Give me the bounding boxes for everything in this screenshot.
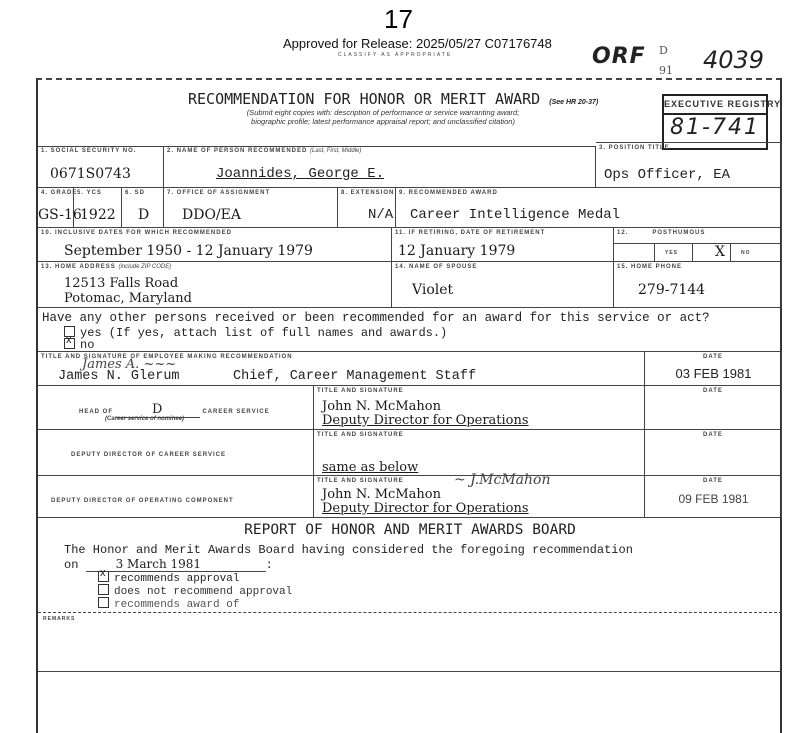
form-subtitle-2: biographic profile; latest performance a…	[158, 117, 608, 126]
office-value: DDO/EA	[182, 207, 241, 223]
form-title-area: RECOMMENDATION FOR HONOR OR MERIT AWARD …	[38, 80, 662, 146]
form-subtitle-1: (Submit eight copies with: description o…	[158, 108, 608, 117]
form-title: RECOMMENDATION FOR HONOR OR MERIT AWARD …	[188, 90, 598, 108]
award-form: RECOMMENDATION FOR HONOR OR MERIT AWARD …	[36, 78, 782, 733]
deputy-operating-title: Deputy Director for Operations	[322, 501, 529, 516]
recommender-date-label: DATE	[645, 352, 781, 362]
no-checkbox[interactable]	[64, 338, 75, 349]
posthumous-no-label: NO	[738, 248, 754, 258]
other-persons-section: Have any other persons received or been …	[38, 308, 782, 352]
deputy-career-sig-value: same as below	[322, 460, 418, 475]
award-value: Career Intelligence Medal	[410, 207, 620, 223]
field-sd[interactable]: 6. SD D	[122, 188, 164, 228]
handwritten-office-mark: ORF	[592, 44, 646, 69]
spouse-value: Violet	[412, 282, 453, 298]
name-value: Joannides, George E.	[216, 166, 384, 182]
position-value: Ops Officer, EA	[604, 167, 730, 183]
retirement-value: 12 January 1979	[398, 243, 515, 259]
field-address[interactable]: 13. HOME ADDRESS (include ZIP CODE) 1251…	[38, 262, 392, 308]
board-on-line: on 3 March 1981:	[64, 557, 273, 572]
field-ssn[interactable]: 1. SOCIAL SECURITY NO. 0671S0743	[38, 146, 164, 188]
board-on-date: 3 March 1981	[86, 557, 266, 572]
ycs-value: 1922	[80, 207, 116, 223]
ycs-label: 5. YCS	[74, 188, 121, 198]
board-text: The Honor and Merit Awards Board having …	[64, 543, 633, 557]
deputy-career-sig-label: TITLE AND SIGNATURE	[314, 430, 644, 440]
page-number: 17	[0, 4, 797, 35]
registry-line-2: 91	[659, 64, 673, 77]
deputy-operating-name: John N. McMahon	[322, 487, 441, 502]
field-retirement[interactable]: 11. IF RETIRING, DATE OF RETIREMENT 12 J…	[392, 228, 614, 262]
deputy-career-service-label-cell: DEPUTY DIRECTOR OF CAREER SERVICE	[38, 430, 314, 476]
sd-label: 6. SD	[122, 188, 163, 198]
deputy-career-service-label: DEPUTY DIRECTOR OF CAREER SERVICE	[68, 450, 229, 460]
deputy-career-date-label: DATE	[645, 430, 781, 440]
phone-value: 279-7144	[638, 282, 705, 298]
head-sig-title: Deputy Director for Operations	[322, 413, 529, 428]
deputy-operating-signature[interactable]: TITLE AND SIGNATURE ~ J.McMahon John N. …	[314, 476, 645, 518]
other-persons-question: Have any other persons received or been …	[42, 311, 710, 325]
award-of-checkbox[interactable]	[98, 597, 109, 608]
extension-value: N/A	[368, 207, 393, 223]
posthumous-label: 12.POSTHUMOUS	[614, 228, 781, 244]
form-title-text: RECOMMENDATION FOR HONOR OR MERIT AWARD	[188, 90, 540, 108]
field-grade[interactable]: 4. GRADE GS-16	[38, 188, 74, 228]
deputy-operating-label: DEPUTY DIRECTOR OF OPERATING COMPONENT	[48, 496, 237, 506]
field-extension[interactable]: 8. EXTENSION N/A	[338, 188, 396, 228]
phone-label: 15. HOME PHONE	[614, 262, 781, 272]
spouse-label: 14. NAME OF SPOUSE	[392, 262, 613, 272]
board-option-approval[interactable]: recommends approval	[98, 571, 239, 585]
posthumous-yes-label: YES	[662, 248, 681, 258]
approval-checkbox[interactable]	[98, 571, 109, 582]
address-line-2: Potomac, Maryland	[64, 291, 192, 306]
head-sig-name: John N. McMahon	[322, 399, 441, 414]
head-of-service-signature[interactable]: TITLE AND SIGNATURE John N. McMahon Depu…	[314, 386, 645, 430]
board-option-not-approval[interactable]: does not recommend approval	[98, 584, 292, 598]
award-label: 9. RECOMMENDED AWARD	[396, 188, 781, 198]
field-name[interactable]: 2. NAME OF PERSON RECOMMENDED (Last, Fir…	[164, 146, 596, 188]
registry-line-1: D	[659, 44, 668, 57]
deputy-operating-date-value: 09 FEB 1981	[645, 492, 782, 506]
deputy-operating-date[interactable]: DATE 09 FEB 1981	[645, 476, 782, 518]
board-title: REPORT OF HONOR AND MERIT AWARDS BOARD	[38, 522, 782, 538]
deputy-career-service-signature[interactable]: TITLE AND SIGNATURE same as below	[314, 430, 645, 476]
retirement-label: 11. IF RETIRING, DATE OF RETIREMENT	[392, 228, 613, 238]
ssn-label: 1. SOCIAL SECURITY NO.	[38, 146, 163, 156]
ssn-value: 0671S0743	[50, 166, 131, 182]
recommender-date-value: 03 FEB 1981	[645, 366, 782, 381]
form-title-ref: (See HR 20-37)	[549, 99, 598, 106]
field-dates[interactable]: 10. INCLUSIVE DATES FOR WHICH RECOMMENDE…	[38, 228, 392, 262]
field-spouse[interactable]: 14. NAME OF SPOUSE Violet	[392, 262, 614, 308]
awards-board-report: REPORT OF HONOR AND MERIT AWARDS BOARD T…	[38, 518, 782, 672]
release-stamp: Approved for Release: 2025/05/27 C071767…	[283, 36, 552, 51]
office-label: 7. OFFICE OF ASSIGNMENT	[164, 188, 337, 198]
remarks-label: REMARKS	[40, 614, 78, 624]
address-label: 13. HOME ADDRESS (include ZIP CODE)	[38, 262, 391, 272]
registry-number: 4039	[703, 46, 764, 74]
other-persons-no-option[interactable]: no	[64, 338, 94, 352]
head-sig-label: TITLE AND SIGNATURE	[314, 386, 644, 396]
remarks-field[interactable]	[48, 624, 768, 668]
board-option-award-of[interactable]: recommends award of	[98, 597, 239, 611]
posthumous-mark: X	[715, 244, 725, 260]
field-award[interactable]: 9. RECOMMENDED AWARD Career Intelligence…	[396, 188, 782, 228]
field-position[interactable]: 3. POSITION TITLE Ops Officer, EA	[596, 142, 782, 188]
extension-label: 8. EXTENSION	[338, 188, 395, 198]
not-approval-checkbox[interactable]	[98, 584, 109, 595]
head-of-service-hint: (Career service of nominee)	[102, 414, 187, 424]
dates-value: September 1950 - 12 January 1979	[64, 243, 313, 259]
dates-label: 10. INCLUSIVE DATES FOR WHICH RECOMMENDE…	[38, 228, 391, 238]
deputy-operating-label-cell: DEPUTY DIRECTOR OF OPERATING COMPONENT	[38, 476, 314, 518]
head-of-service-date[interactable]: DATE	[645, 386, 782, 430]
recommender-name: James N. Glerum	[58, 369, 180, 384]
head-of-service-label-cell: HEAD OF D CAREER SERVICE (Career service…	[38, 386, 314, 430]
recommender-title: Chief, Career Management Staff	[233, 369, 476, 384]
head-date-label: DATE	[645, 386, 781, 396]
field-ycs[interactable]: 5. YCS 1922	[74, 188, 122, 228]
recommender-signature[interactable]: TITLE AND SIGNATURE OF EMPLOYEE MAKING R…	[38, 352, 645, 386]
field-office[interactable]: 7. OFFICE OF ASSIGNMENT DDO/EA	[164, 188, 338, 228]
other-persons-yes-option[interactable]: yes (If yes, attach list of full names a…	[64, 326, 447, 340]
name-label: 2. NAME OF PERSON RECOMMENDED (Last, Fir…	[164, 146, 595, 156]
grade-label: 4. GRADE	[38, 188, 73, 198]
field-posthumous[interactable]: 12.POSTHUMOUS YES X NO	[614, 228, 782, 262]
field-phone[interactable]: 15. HOME PHONE 279-7144	[614, 262, 782, 308]
position-label: 3. POSITION TITLE	[596, 143, 781, 153]
address-line-1: 12513 Falls Road	[64, 276, 178, 291]
recommender-date[interactable]: DATE 03 FEB 1981	[645, 352, 782, 386]
deputy-career-service-date[interactable]: DATE	[645, 430, 782, 476]
classification-line: CLASSIFY AS APPROPRIATE	[338, 52, 452, 58]
deputy-operating-handwritten-signature: ~ J.McMahon	[454, 472, 550, 488]
sd-value: D	[138, 207, 149, 223]
deputy-operating-date-label: DATE	[645, 476, 781, 486]
